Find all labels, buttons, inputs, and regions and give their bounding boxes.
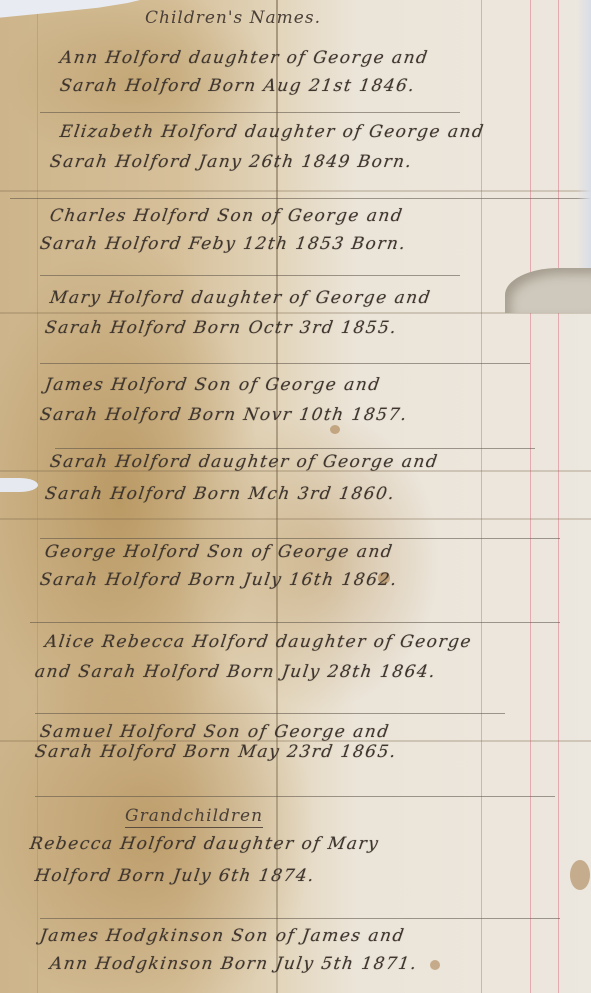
ruled-line <box>40 112 460 113</box>
entry-line: Sarah Holford Born May 23rd 1865. <box>34 742 399 762</box>
entry-line: James Hodgkinson Son of James and <box>39 926 407 946</box>
entry-line: Mary Holford daughter of George and <box>49 288 433 308</box>
entry-line: Sarah Holford Born Aug 21st 1846. <box>59 76 417 96</box>
entry-line: Sarah Holford Born Mch 3rd 1860. <box>44 484 397 504</box>
right-margin-line-1 <box>481 0 482 993</box>
section-heading-grandchildren: Grandchildren <box>125 806 263 828</box>
horizontal-fold-crease <box>0 518 591 520</box>
ruled-line <box>35 796 555 797</box>
entry-line: Samuel Holford Son of George and <box>39 722 391 742</box>
entry-line: Sarah Holford Feby 12th 1853 Born. <box>39 234 408 254</box>
ruled-line <box>40 538 560 539</box>
entry-line: Ann Holford daughter of George and <box>59 48 430 68</box>
document-page: Children's Names. Ann Holford daughter o… <box>0 0 591 993</box>
entry-line: James Holford Son of George and <box>44 375 382 395</box>
entry-line: Sarah Holford Born Novr 10th 1857. <box>39 405 410 425</box>
entry-line: Sarah Holford Born July 16th 1862. <box>39 570 400 590</box>
entry-line: Sarah Holford daughter of George and <box>49 452 440 472</box>
section-heading-children: Children's Names. <box>145 8 321 28</box>
entry-line: Sarah Holford Jany 26th 1849 Born. <box>49 152 414 172</box>
ruled-line <box>40 363 530 364</box>
entry-line: and Sarah Holford Born July 28th 1864. <box>34 662 438 682</box>
water-stain <box>570 860 590 890</box>
entry-line: Ann Hodgkinson Born July 5th 1871. <box>49 954 419 974</box>
entry-line: Alice Rebecca Holford daughter of George <box>44 632 474 652</box>
horizontal-fold-crease <box>0 312 591 314</box>
entry-line: Charles Holford Son of George and <box>49 206 405 226</box>
torn-corner <box>0 0 140 22</box>
page-right-edge <box>577 0 591 280</box>
ink-stain <box>430 960 440 970</box>
ruled-line <box>55 448 535 449</box>
ruled-line <box>10 198 590 199</box>
entry-line: Sarah Holford Born Octr 3rd 1855. <box>44 318 399 338</box>
right-margin-line-3 <box>558 0 559 993</box>
horizontal-fold-crease <box>0 190 591 192</box>
entry-line: Rebecca Holford daughter of Mary <box>29 834 381 854</box>
torn-edge-notch <box>505 268 591 313</box>
right-margin-line-2 <box>530 0 531 993</box>
ruled-line <box>40 918 560 919</box>
torn-strip <box>0 478 38 492</box>
entry-line: Holford Born July 6th 1874. <box>34 866 317 886</box>
ink-stain <box>330 425 340 434</box>
entry-line: George Holford Son of George and <box>44 542 395 562</box>
ruled-line <box>40 275 460 276</box>
ruled-line <box>30 622 560 623</box>
entry-line: Elizabeth Holford daughter of George and <box>59 122 486 142</box>
ruled-line <box>35 713 505 714</box>
